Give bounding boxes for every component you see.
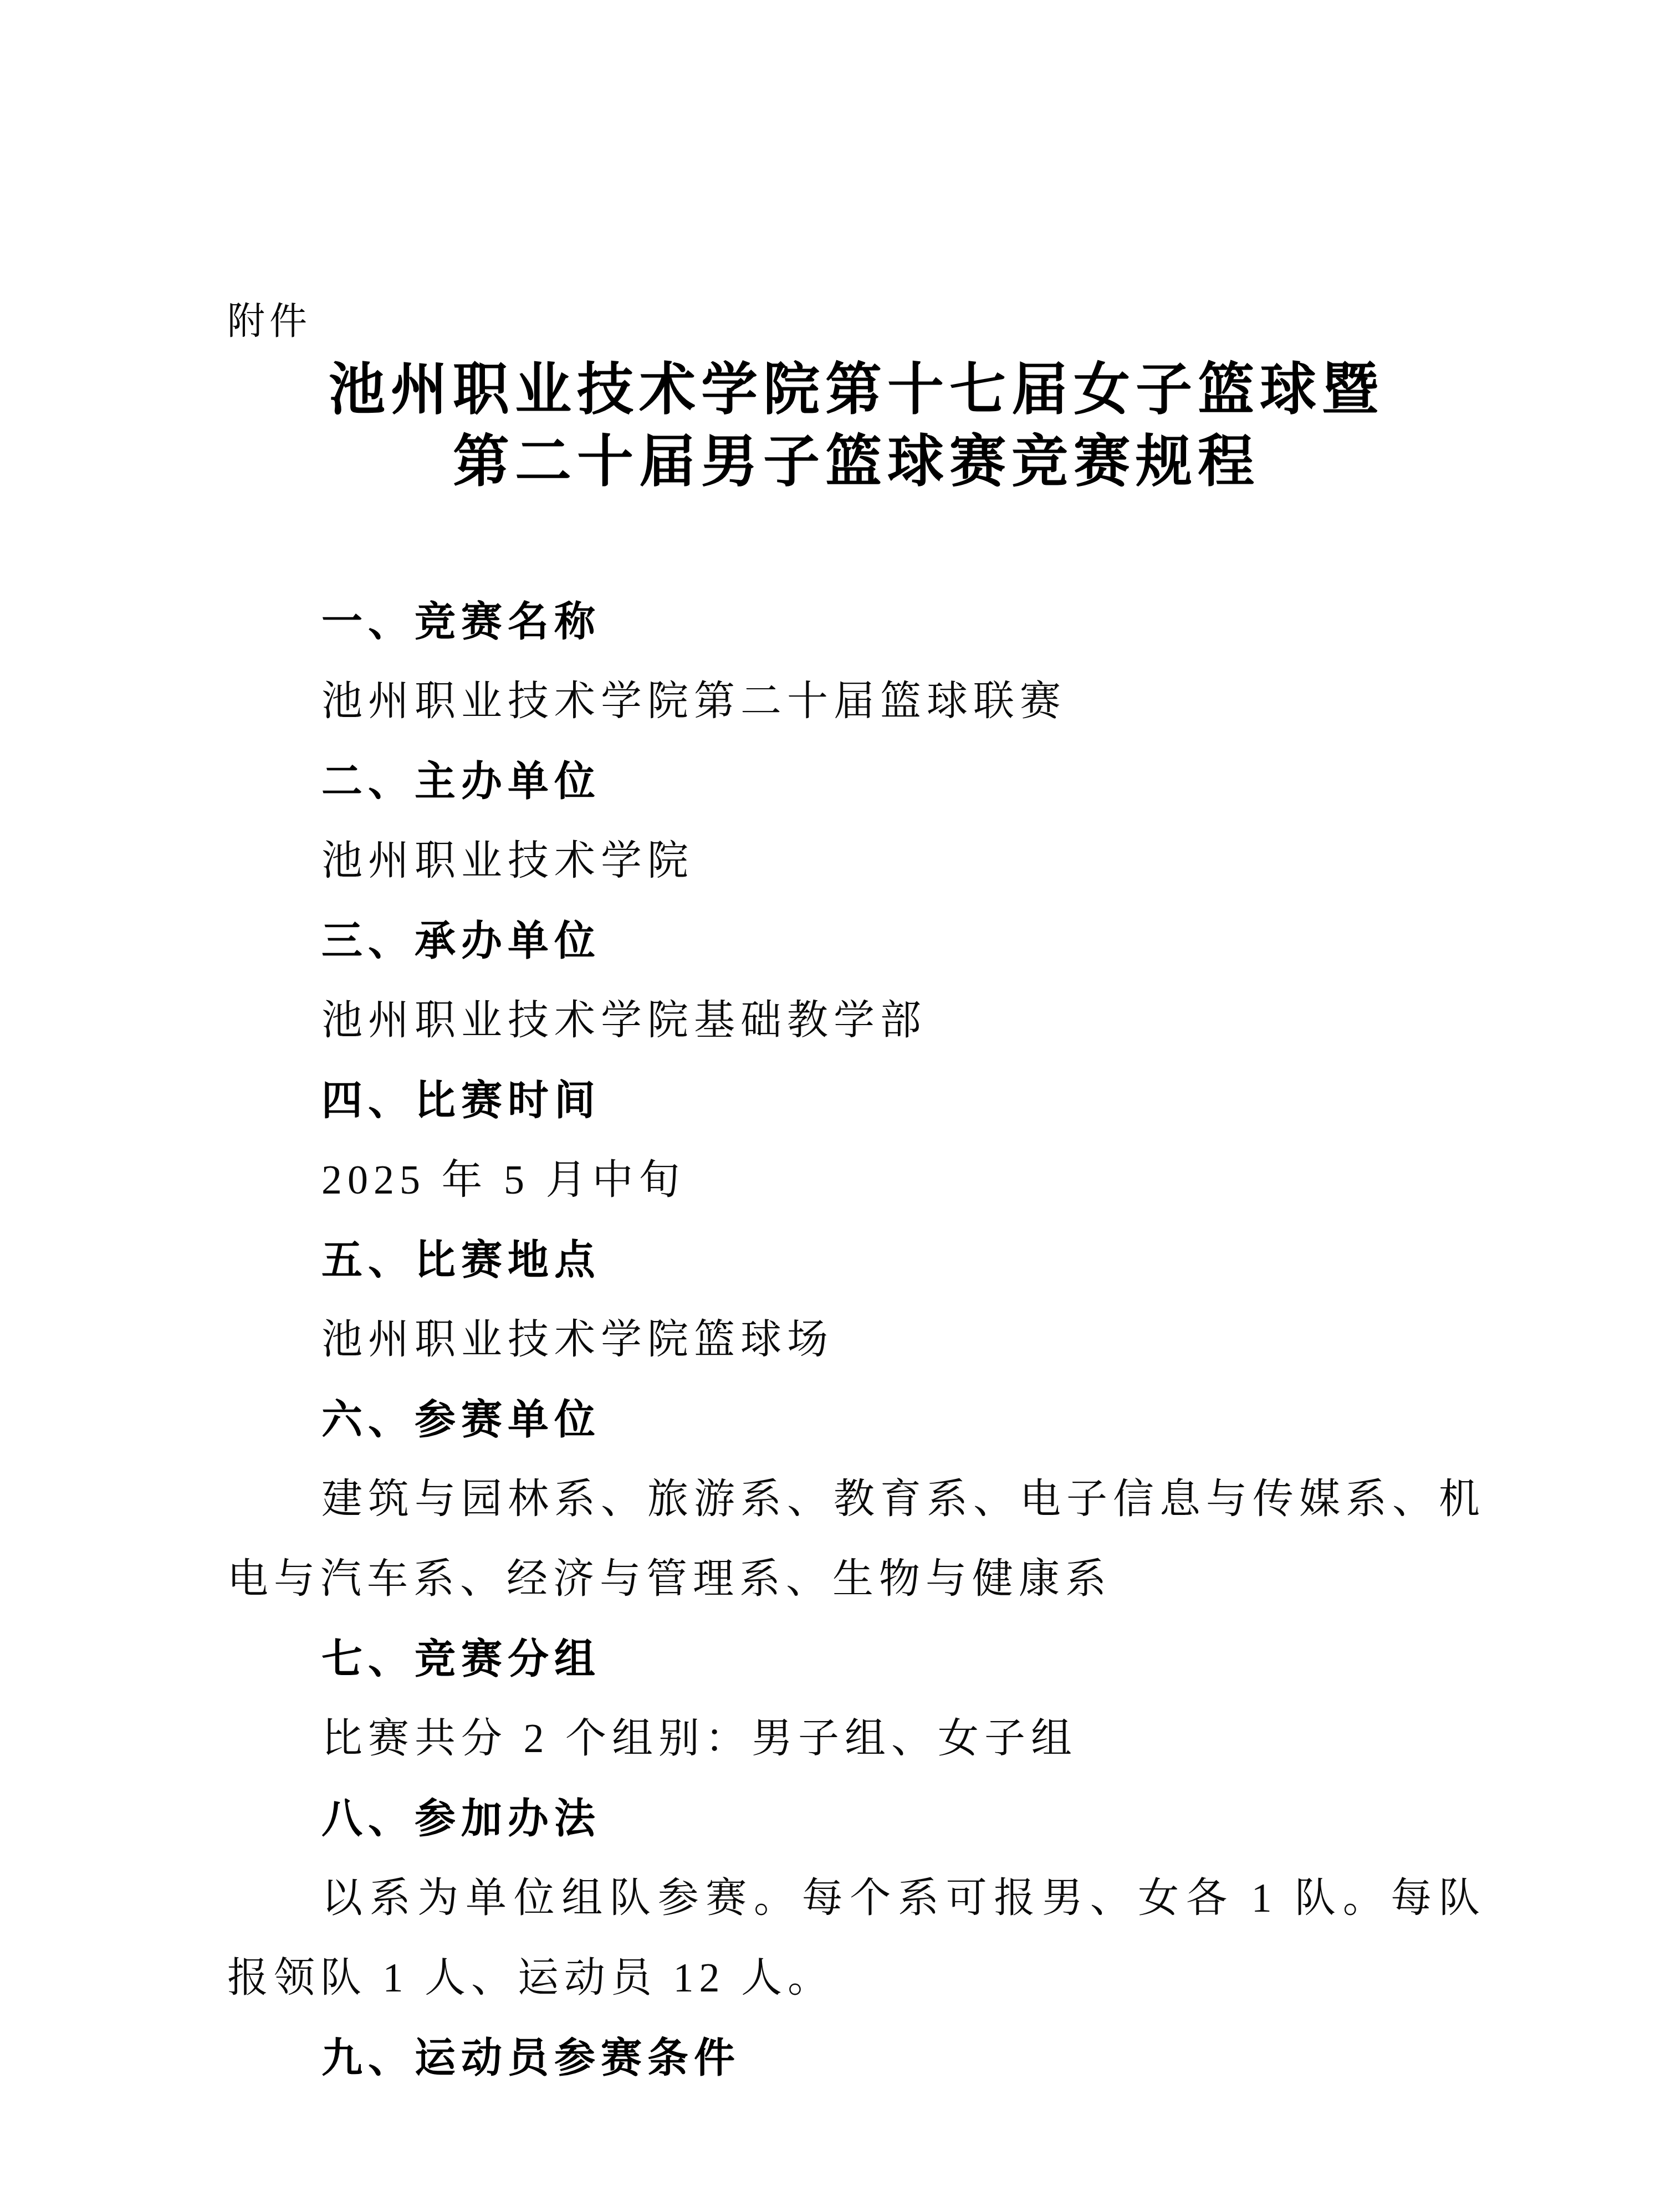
section-5-heading: 五、比赛地点: [227, 1220, 1485, 1300]
section-1-heading: 一、竞赛名称: [227, 582, 1485, 662]
section-8-body: 以系为单位组队参赛。每个系可报男、女各 1 队。每队报领队 1 人、运动员 12…: [227, 1858, 1485, 2018]
section-4: 四、比赛时间 2025 年 5 月中旬: [227, 1061, 1485, 1220]
section-5: 五、比赛地点 池州职业技术学院篮球场: [227, 1220, 1485, 1380]
section-3: 三、承办单位 池州职业技术学院基础教学部: [227, 901, 1485, 1061]
title-line-2: 第二十届男子篮球赛竞赛规程: [227, 426, 1485, 498]
sections: 一、竞赛名称 池州职业技术学院第二十届篮球联赛 二、主办单位 池州职业技术学院 …: [227, 582, 1485, 2098]
document-content: 附件 池州职业技术学院第十七届女子篮球暨 第二十届男子篮球赛竞赛规程 一、竞赛名…: [0, 0, 1671, 2212]
attachment-label: 附件: [227, 299, 1485, 345]
section-2-heading: 二、主办单位: [227, 741, 1485, 821]
section-3-body: 池州职业技术学院基础教学部: [227, 981, 1485, 1061]
section-2: 二、主办单位 池州职业技术学院: [227, 741, 1485, 901]
section-7: 七、竞赛分组 比赛共分 2 个组别：男子组、女子组: [227, 1619, 1485, 1779]
section-2-body: 池州职业技术学院: [227, 821, 1485, 901]
section-9-heading: 九、运动员参赛条件: [227, 2018, 1485, 2098]
section-4-body: 2025 年 5 月中旬: [227, 1140, 1485, 1220]
section-8: 八、参加办法 以系为单位组队参赛。每个系可报男、女各 1 队。每队报领队 1 人…: [227, 1779, 1485, 2018]
title-line-1: 池州职业技术学院第十七届女子篮球暨: [227, 354, 1485, 426]
section-6-heading: 六、参赛单位: [227, 1380, 1485, 1460]
section-3-heading: 三、承办单位: [227, 901, 1485, 981]
section-4-heading: 四、比赛时间: [227, 1061, 1485, 1140]
section-5-body: 池州职业技术学院篮球场: [227, 1300, 1485, 1380]
document-title: 池州职业技术学院第十七届女子篮球暨 第二十届男子篮球赛竞赛规程: [227, 354, 1485, 498]
section-7-heading: 七、竞赛分组: [227, 1619, 1485, 1699]
section-7-body: 比赛共分 2 个组别：男子组、女子组: [227, 1699, 1485, 1779]
section-8-heading: 八、参加办法: [227, 1779, 1485, 1858]
section-9: 九、运动员参赛条件: [227, 2018, 1485, 2098]
section-1: 一、竞赛名称 池州职业技术学院第二十届篮球联赛: [227, 582, 1485, 741]
section-1-body: 池州职业技术学院第二十届篮球联赛: [227, 662, 1485, 741]
section-6-body: 建筑与园林系、旅游系、教育系、电子信息与传媒系、机电与汽车系、经济与管理系、生物…: [227, 1460, 1485, 1619]
document-page: 附件 池州职业技术学院第十七届女子篮球暨 第二十届男子篮球赛竞赛规程 一、竞赛名…: [0, 0, 1671, 2212]
section-6: 六、参赛单位 建筑与园林系、旅游系、教育系、电子信息与传媒系、机电与汽车系、经济…: [227, 1380, 1485, 1619]
